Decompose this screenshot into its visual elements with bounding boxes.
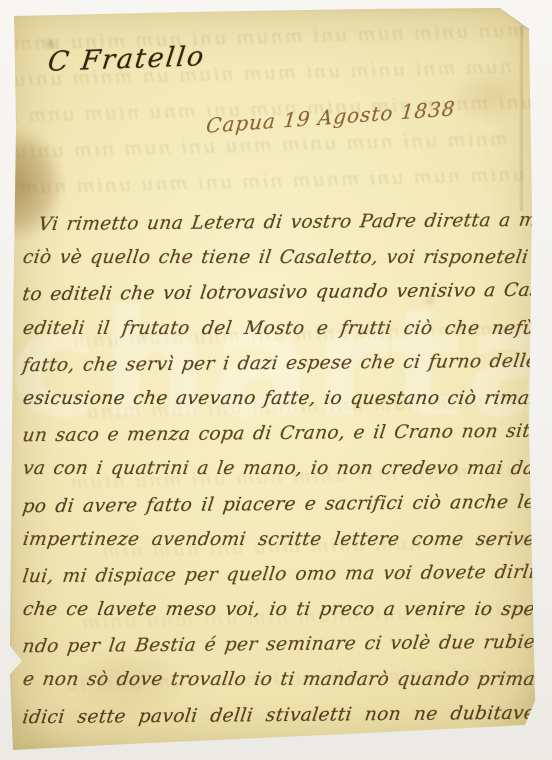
letter-line-13: ndo per la Bestia é per seminare ci volè… [19, 632, 536, 672]
letter-line-1: Vi rimetto una Letera di vostro Padre di… [19, 210, 536, 250]
letter-line-3: to editeli che voi lotrovasivo quando ve… [19, 280, 536, 320]
letter-line-15: idici sette pavoli delli stivaletti non … [19, 702, 536, 742]
letter-photo: mun unim num uni mnum uni num minu unm n… [0, 0, 552, 760]
letter-line-10: impertineze avendomi scritte lettere com… [20, 529, 537, 564]
letter-line-9: po di avere fatto il piacere e sacrifici… [19, 491, 536, 531]
paper-crease [519, 26, 524, 211]
letter-line-8: va con i quatrini a le mano, io non cred… [20, 458, 537, 493]
letter-body: Vi rimetto una Letera di vostro Padre di… [22, 212, 534, 740]
letter-line-11: lui, mi dispiace per quello omo ma voi d… [19, 562, 536, 602]
bleedthrough-texture-line: unim num uni mnum nim uni mnu unim num [5, 163, 525, 199]
folded-corner [503, 8, 531, 30]
letter-greeting: C Fratello [46, 41, 207, 78]
letter-line-6: esicusione che avevano fatte, io questan… [20, 388, 537, 423]
letter-line-4: editeli il frutato del Mosto e frutti ci… [20, 318, 537, 353]
letter-line-14: e non sò dove trovallo io ti mandarò qua… [20, 669, 537, 704]
foxing-stain [448, 66, 528, 126]
letter-dateline: Capua 19 Agosto 1838 [205, 96, 456, 138]
letter-line-5: fatto, che servì per i dazi espese che c… [19, 351, 536, 391]
letter-line-2: ciò vè quello che tiene il Casaletto, vo… [20, 247, 537, 282]
letter-paper-sheet: mun unim num uni mnum uni num minu unm n… [8, 6, 540, 752]
letter-line-7: un saco e menza copa di Crano, e il Cran… [19, 421, 536, 461]
letter-line-12: che ce lavete meso voi, io ti preco a ve… [20, 599, 537, 634]
